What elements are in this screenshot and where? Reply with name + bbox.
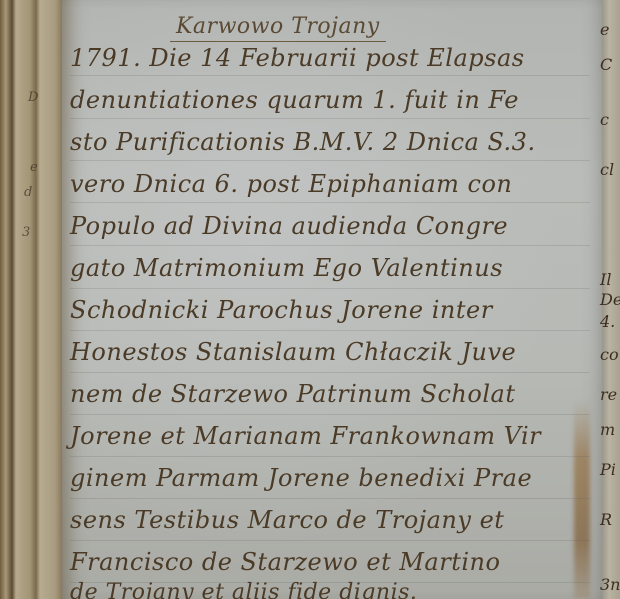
entry-line-12: sens Testibus Marco de Trojany et (70, 506, 504, 534)
ruled-line (70, 456, 590, 457)
entry-line-11: ginem Parmam Jorene benedixi Prae (70, 464, 532, 492)
adjacent-page-fragment: cl (600, 160, 614, 179)
ruled-line (70, 288, 590, 289)
binding-margin-mark: d (24, 185, 32, 200)
adjacent-page-fragment: c (600, 110, 609, 129)
ruled-line (70, 498, 590, 499)
binding-margin-mark: D (28, 90, 38, 105)
water-stain (574, 400, 590, 599)
ruled-line (70, 540, 590, 541)
entry-line-14: de Trojany et aliis fide dignis. (70, 580, 417, 599)
entry-line-3: sto Purificationis B.M.V. 2 Dnica S.3. (70, 128, 536, 156)
adjacent-page-fragment: e (600, 20, 609, 39)
entry-line-6: gato Matrimonium Ego Valentinus (70, 254, 503, 282)
book-binding-gutter: D e d 3 (0, 0, 70, 599)
adjacent-page-fragment: R (600, 510, 612, 529)
entry-line-4: vero Dnica 6. post Epiphaniam con (70, 170, 512, 198)
entry-line-5: Populo ad Divina audienda Congre (70, 212, 508, 240)
entry-line-9: nem de Starzewo Patrinum Scholat (70, 380, 515, 408)
entry-line-1: 1791. Die 14 Februarii post Elapsas (70, 44, 525, 72)
ruled-line (70, 160, 590, 161)
adjacent-page-fragment: C (600, 55, 612, 74)
adjacent-page-fragment: 4. (600, 312, 615, 331)
adjacent-page-fragment: re (600, 385, 617, 404)
ruled-line (70, 118, 590, 119)
binding-margin-mark: 3 (22, 225, 30, 240)
entry-line-10: Jorene et Marianam Frankownam Vir (70, 422, 541, 450)
adjacent-page-fragment: 3n (600, 575, 620, 594)
ruled-line (70, 414, 590, 415)
ruled-line (70, 75, 590, 76)
adjacent-page-fragment: De (600, 290, 620, 309)
adjacent-page-fragment: Il (600, 270, 611, 289)
ruled-line (70, 372, 590, 373)
entry-line-8: Honestos Stanislaum Chłaczik Juve (70, 338, 516, 366)
adjacent-page-fragment: Pi (600, 460, 616, 479)
ruled-line (70, 202, 590, 203)
ruled-line (70, 245, 590, 246)
ruled-line (70, 330, 590, 331)
register-header-village: Karwowo Trojany (170, 14, 386, 42)
entry-line-2: denuntiationes quarum 1. fuit in Fe (70, 86, 519, 114)
entry-line-13: Francisco de Starzewo et Martino (70, 548, 500, 576)
adjacent-page-fragment: co (600, 345, 619, 364)
entry-line-7: Schodnicki Parochus Jorene inter (70, 296, 493, 324)
binding-margin-mark: e (30, 160, 38, 175)
adjacent-page-fragment: m (600, 420, 615, 439)
